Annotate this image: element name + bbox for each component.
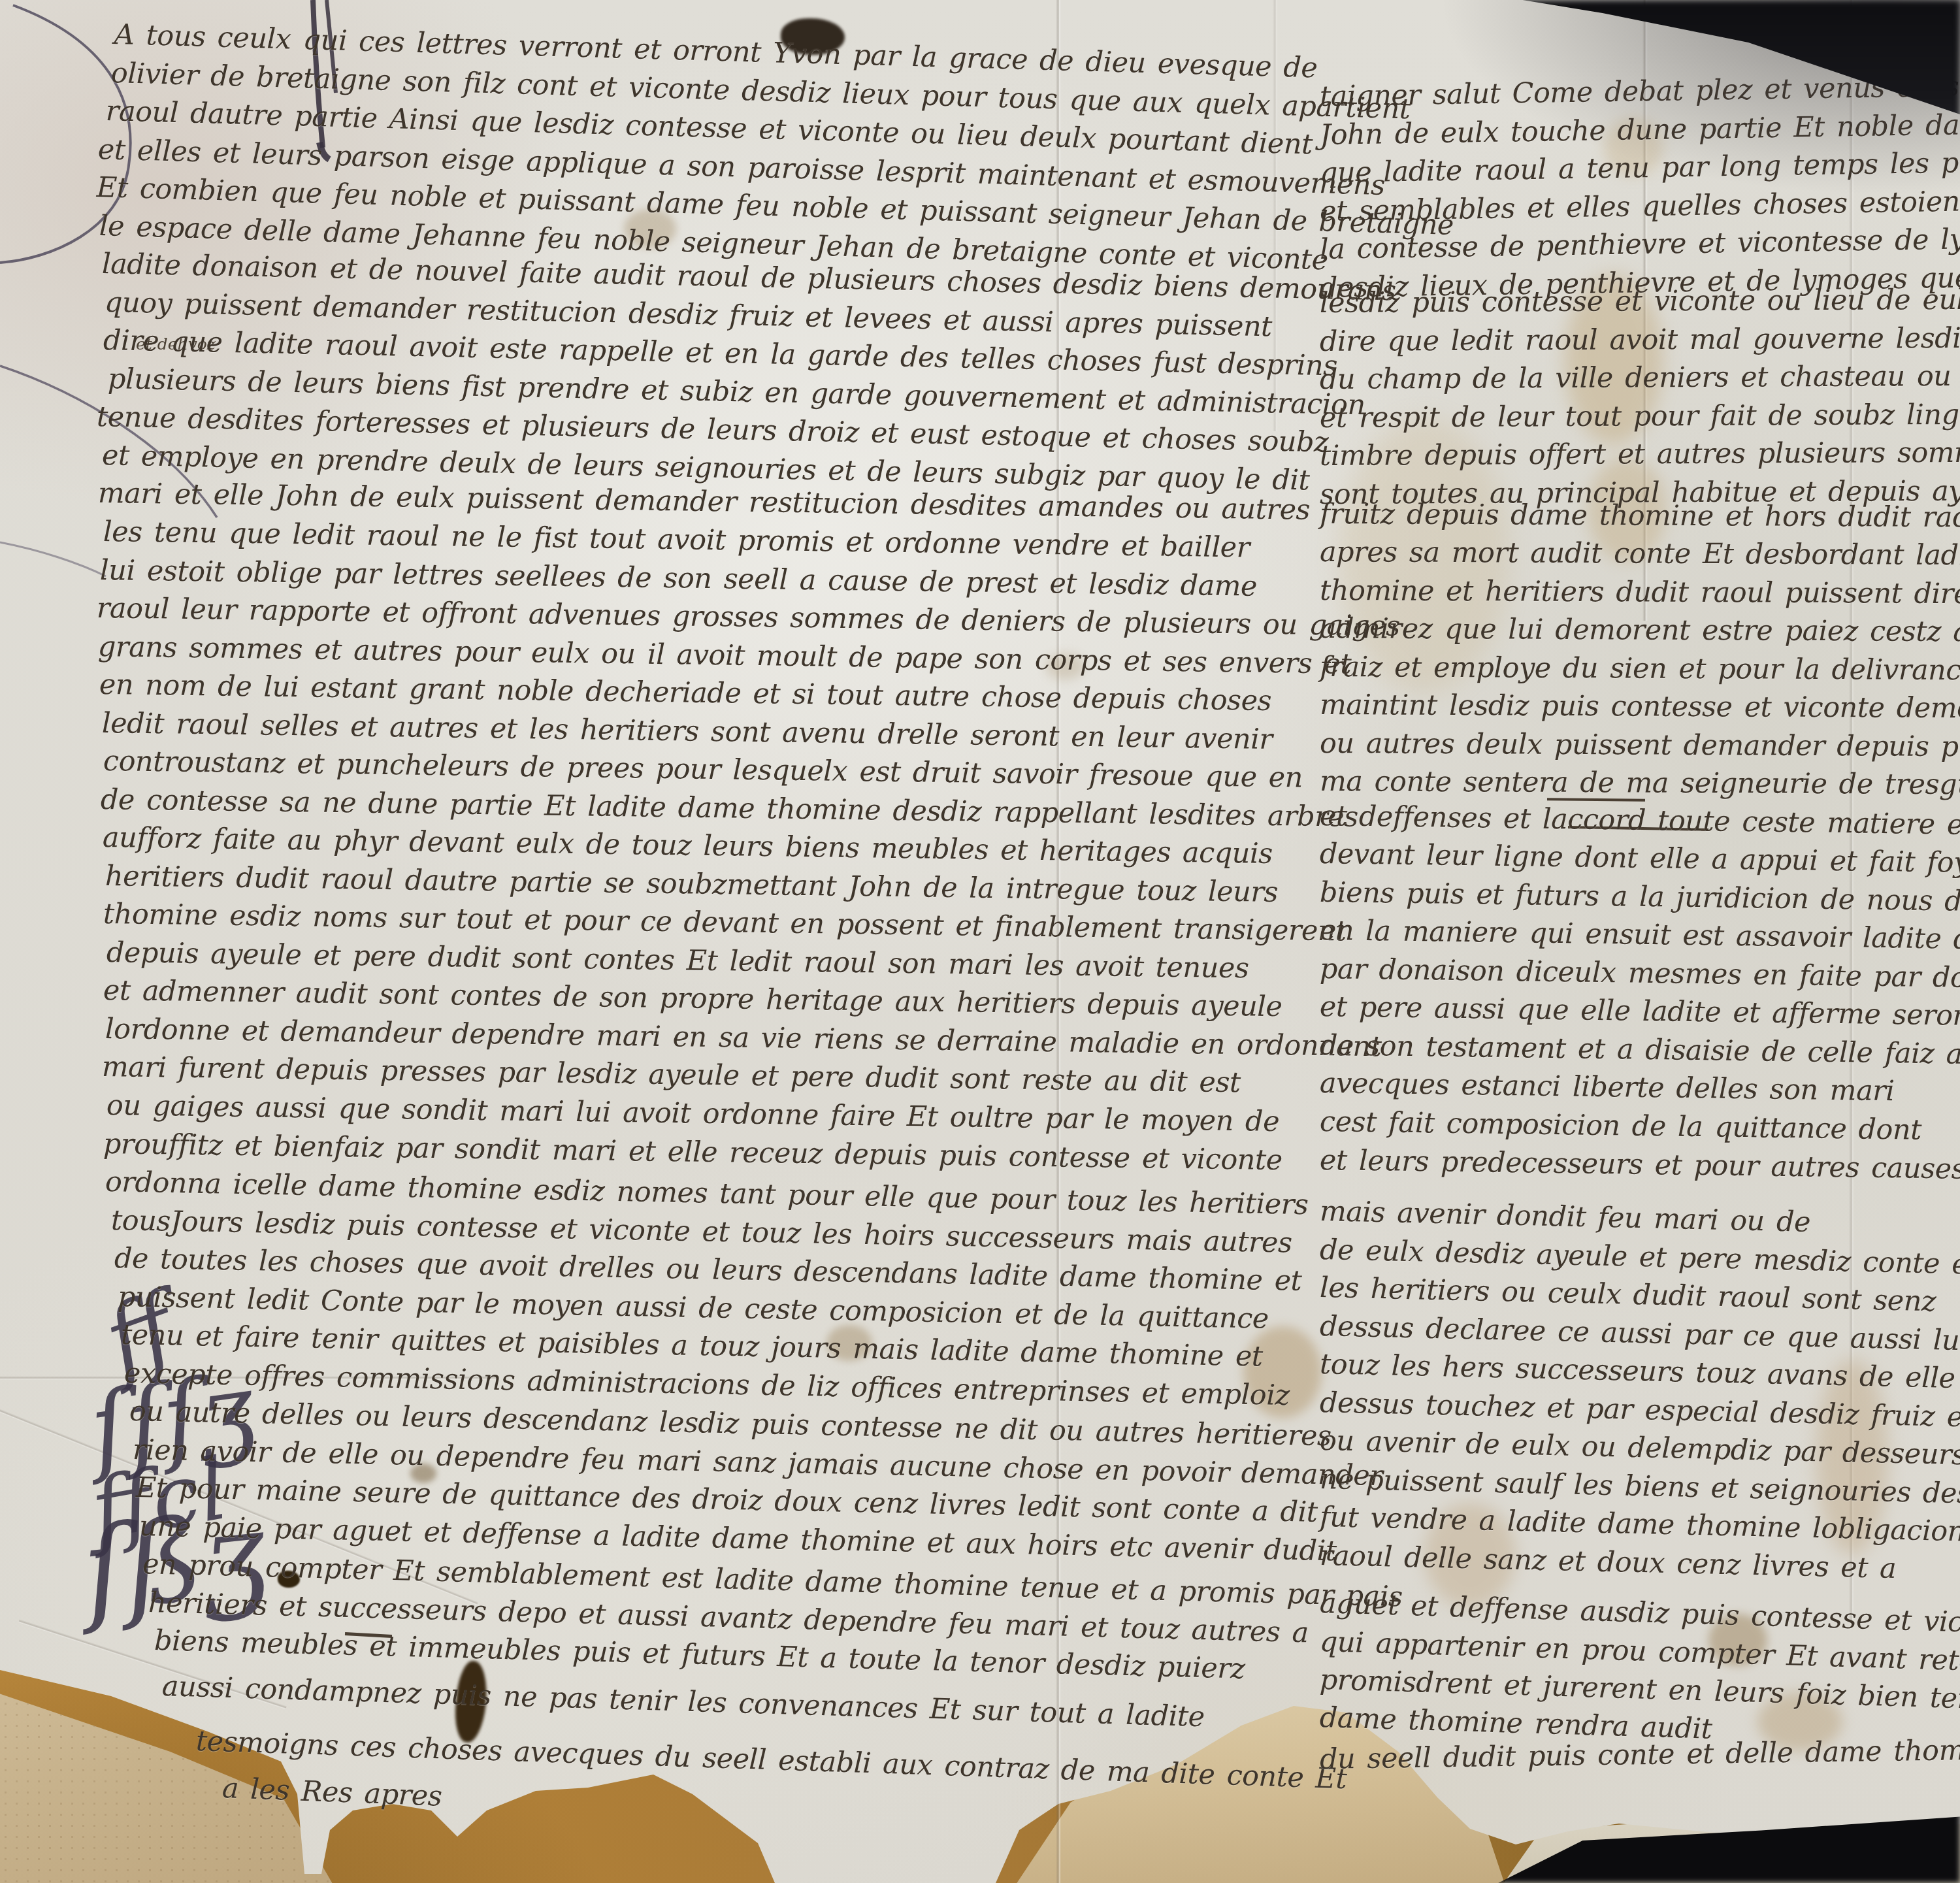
text-line: dire que ledit raoul avoit mal gouverne … bbox=[1320, 320, 1960, 358]
text-line: ou autres deulx puissent demander depuis… bbox=[1320, 727, 1960, 764]
text-line: maintint lesdiz puis contesse et viconte… bbox=[1320, 689, 1960, 726]
text-line: et respit de leur tout pour fait de soub… bbox=[1320, 397, 1960, 434]
text-line: ma conte sentera de ma seigneurie de tre… bbox=[1320, 765, 1960, 802]
text-line: fruitz depuis dame thomine et hors dudit… bbox=[1320, 498, 1960, 534]
text-line: thomine et heritiers dudit raoul puissen… bbox=[1320, 574, 1960, 611]
text-line: lesdiz puis contesse et viconte ou lieu … bbox=[1320, 282, 1960, 319]
text-line: timbre depuis offert et autres plusieurs… bbox=[1320, 434, 1960, 472]
manuscript-photo: ff ſſſʒ ffcl ſßʒ et dehvoz A tous ceulx … bbox=[0, 0, 1960, 1883]
text-line: apres sa mort audit conte Et desbordant … bbox=[1320, 536, 1960, 572]
text-line: fraiz et employe du sien et pour la deli… bbox=[1320, 651, 1960, 687]
text-line: du champ de la ville deniers et chasteau… bbox=[1320, 358, 1960, 396]
text-line: admirez que lui demorent estre paiez ces… bbox=[1320, 612, 1960, 649]
